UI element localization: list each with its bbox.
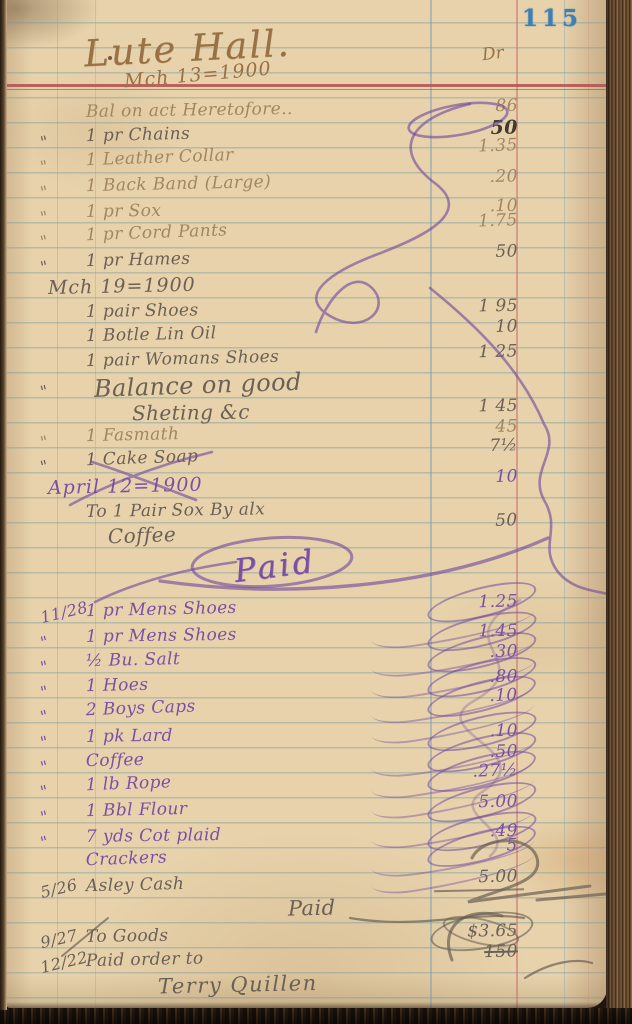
ledger-desc: 2 Boys Caps xyxy=(86,696,196,720)
ledger-desc: 1 pr Mens Shoes xyxy=(86,598,237,621)
ledger-desc: 1 Bbl Flour xyxy=(86,799,188,821)
ledger-desc: 1 Leather Collar xyxy=(86,145,234,170)
book-binding-right xyxy=(606,0,632,1024)
ledger-desc: 1 pr Sox xyxy=(86,201,162,222)
ledger-amount: 7½ xyxy=(433,435,524,460)
ledger-desc: Paid xyxy=(288,896,336,921)
ledger-desc: 1 pair Shoes xyxy=(86,300,199,322)
ledger-desc: 1 pair Womans Shoes xyxy=(86,347,280,371)
ledger-desc: Paid order to xyxy=(86,949,204,972)
ledger-desc: To 1 Pair Sox By alx xyxy=(86,499,265,521)
ledger-desc: 1 Hoes xyxy=(86,675,149,696)
book-edge-bottom xyxy=(0,1008,632,1024)
ledger-amount: 1.35 xyxy=(433,135,524,160)
ledger-desc: To Goods xyxy=(86,926,169,947)
ledger-amount: 10 xyxy=(434,316,524,340)
ledger-desc: ½ Bu. Salt xyxy=(86,649,181,671)
ledger-desc: 1 pr Chains xyxy=(86,124,191,146)
ledger-page-scan: 115 Dr Lute Hall. Mch 13=1900 Bal on act… xyxy=(0,0,632,1024)
ledger-desc: Balance on good xyxy=(94,368,303,403)
ledger-desc: 1 Botle Lin Oil xyxy=(86,323,217,346)
ledger-desc: 1 pr Hames xyxy=(86,249,191,271)
ledger-desc: Asley Cash xyxy=(86,874,185,896)
ledger-amount: 5.00 xyxy=(434,866,525,892)
ledger-desc: Coffee xyxy=(108,522,177,548)
ledger-entries: Bal on act Heretofore..86"1 pr Chains50"… xyxy=(6,0,607,1008)
ledger-desc: Mch 19=1900 xyxy=(48,274,196,299)
ledger-desc: Paid xyxy=(232,542,318,590)
ledger-desc: Terry Quillen xyxy=(158,971,318,999)
ledger-amount: 50 xyxy=(433,510,524,535)
ledger-amount: 150 xyxy=(434,941,524,965)
ledger-amount: 50 xyxy=(434,241,524,265)
ledger-desc: Bal on act Heretofore.. xyxy=(86,99,293,122)
ledger-desc: 7 yds Cot plaid xyxy=(86,825,221,847)
ledger-amount: 10 xyxy=(434,466,524,490)
paper: 115 Dr Lute Hall. Mch 13=1900 Bal on act… xyxy=(6,0,607,1008)
ledger-desc: Sheting &c xyxy=(132,400,250,426)
ledger-amount: .10 xyxy=(433,685,524,710)
ledger-desc: 1 lb Rope xyxy=(86,772,172,795)
ledger-desc: 1 pk Lard xyxy=(86,726,173,747)
ledger-desc: 1 Cake Soap xyxy=(86,446,199,470)
ledger-desc: 1 Fasmath xyxy=(86,424,180,446)
ledger-desc: Crackers xyxy=(86,847,168,870)
ledger-desc: April 12=1900 xyxy=(48,474,203,500)
ledger-amount: 5 xyxy=(433,835,524,860)
ledger-desc: 1 pr Cord Pants xyxy=(86,220,228,245)
ledger-amount: .20 xyxy=(434,166,524,190)
ledger-desc: 1 Back Band (Large) xyxy=(86,172,272,196)
ledger-amount: 1.75 xyxy=(433,210,524,235)
ledger-desc: 1 pr Mens Shoes xyxy=(86,625,237,647)
page-edge-left xyxy=(0,0,7,1010)
